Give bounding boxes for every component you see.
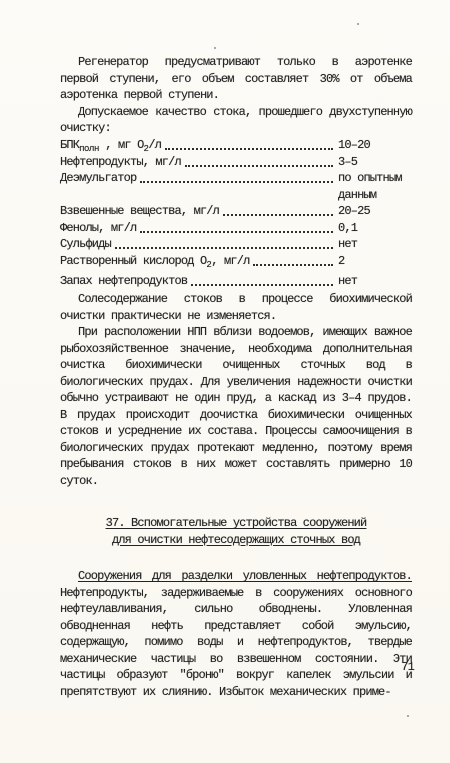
list-item: Деэмульгатор по опытным данным — [60, 170, 412, 203]
dot-leader — [115, 236, 333, 249]
list-item-value: 0,1 — [338, 220, 412, 237]
section-heading-line2: для очистки нефтесодержащих сточных вод — [60, 532, 412, 549]
list-item-value: 20–25 — [338, 203, 412, 220]
scan-speck — [357, 23, 359, 25]
list-item-label: Запах нефтепродуктов — [60, 273, 187, 290]
scan-speck — [407, 715, 409, 717]
list-item-label: Деэмульгатор — [60, 170, 136, 187]
list-item: Растворенный кислород О2, мг/л 2 — [60, 253, 412, 270]
list-item-value: 3–5 — [338, 154, 412, 171]
label-part: Нефтепродукты, мг/л — [60, 155, 181, 169]
dot-leader — [140, 170, 333, 183]
scan-speck — [214, 47, 216, 49]
list-item-value: 10–20 — [338, 137, 412, 154]
label-part: Запах нефтепродуктов — [60, 274, 187, 288]
section-heading-text1: 37. Вспомогательные устройства сооружени… — [106, 516, 367, 530]
list-item-label: Взвешенные вещества, мг/л — [60, 203, 219, 220]
paragraph-lead-in: Сооружения для разделки уловленных нефте… — [78, 569, 412, 583]
list-item-value: по опытным данным — [338, 170, 412, 203]
list-item-label: Нефтепродукты, мг/л — [60, 154, 181, 171]
section-heading-text2: для очистки нефтесодержащих сточных вод — [112, 533, 360, 547]
page-number: 71 — [60, 659, 414, 676]
paragraph-regenerator: Регенератор предусматривают только в аэр… — [60, 54, 412, 104]
section-heading: 37. Вспомогательные устройства сооружени… — [60, 515, 412, 548]
dot-leader — [165, 137, 333, 150]
list-item-label: БПКполн , мг О2/л — [60, 137, 161, 154]
label-part: /л — [148, 138, 161, 152]
dot-leader — [253, 253, 333, 266]
list-item-label: Фенолы, мг/л — [60, 220, 136, 237]
list-item-label: Сульфиды — [60, 236, 111, 253]
paragraph-salt-content: Солесодержание стоков в процессе биохими… — [60, 291, 412, 324]
dot-leader — [223, 203, 333, 216]
section-heading-line1: 37. Вспомогательные устройства сооружени… — [60, 515, 412, 532]
list-item: БПКполн , мг О2/л 10–20 — [60, 137, 412, 154]
label-part: , мг О — [99, 138, 144, 152]
label-part: БПК — [60, 138, 79, 152]
label-part: , мг/л — [211, 254, 249, 268]
list-item: Фенолы, мг/л 0,1 — [60, 220, 412, 237]
list-item: Сульфиды нет — [60, 236, 412, 253]
list-item: Запах нефтепродуктов нет — [60, 273, 412, 290]
label-part: Фенолы, мг/л — [60, 221, 136, 235]
label-part: Растворенный кислород О — [60, 254, 206, 268]
effluent-quality-list: БПКполн , мг О2/л 10–20 Нефтепродукты, м… — [60, 137, 412, 290]
scanned-book-page: Регенератор предусматривают только в аэр… — [0, 0, 450, 763]
list-item-value: 2 — [338, 253, 412, 270]
list-item: Нефтепродукты, мг/л 3–5 — [60, 154, 412, 171]
list-item: Взвешенные вещества, мг/л 20–25 — [60, 203, 412, 220]
label-part: Взвешенные вещества, мг/л — [60, 204, 219, 218]
text-column: Регенератор предусматривают только в аэр… — [60, 54, 412, 700]
dot-leader — [191, 273, 333, 286]
dot-leader — [140, 220, 333, 233]
label-subscript: полн — [79, 144, 99, 154]
paragraph-body-text: Нефтепродукты, задерживаемые в сооружени… — [60, 586, 412, 699]
list-item-value: нет — [338, 236, 412, 253]
dot-leader — [185, 154, 333, 167]
list-item-label: Растворенный кислород О2, мг/л — [60, 253, 249, 270]
paragraph-biological-ponds: При расположении НПП вблизи водоемов, им… — [60, 324, 412, 489]
paragraph-oil-separation: Сооружения для разделки уловленных нефте… — [60, 568, 412, 700]
label-part: Сульфиды — [60, 237, 111, 251]
list-item-value: нет — [338, 273, 412, 290]
label-part: Деэмульгатор — [60, 171, 136, 185]
paragraph-quality-intro: Допускаемое качество стока, прошедшего д… — [60, 104, 412, 137]
